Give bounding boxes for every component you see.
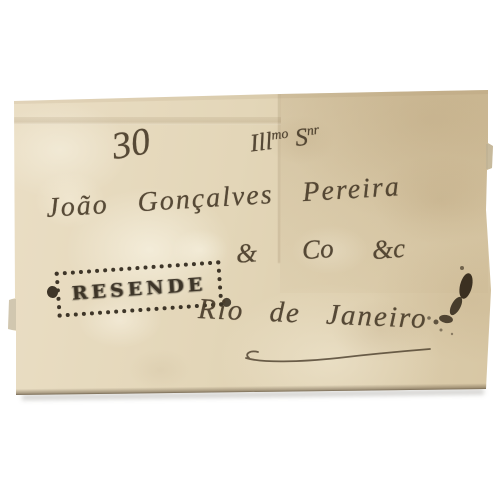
left-fold-tab	[8, 299, 16, 330]
postmark-text: RESENDE	[71, 273, 207, 304]
manuscript-etc-mark-3: &c	[371, 233, 406, 266]
manuscript-destination: Rio de Janeiro	[197, 293, 428, 336]
manuscript-etc-mark-2: Co	[301, 233, 335, 266]
right-fold-tab	[486, 144, 493, 169]
photo-of-postal-cover: 30 Illmo Snr João Gonçalves Pereira & Co…	[0, 0, 500, 500]
vertical-fold-crease	[278, 88, 280, 263]
honorific-superscript-2: nr	[306, 122, 320, 138]
honorific-superscript: mo	[271, 126, 290, 143]
manuscript-etc-mark-1: &	[235, 237, 258, 269]
folded-letter-cover: 30 Illmo Snr João Gonçalves Pereira & Co…	[0, 0, 500, 500]
manuscript-rate-marking: 30	[108, 119, 153, 169]
horizontal-fold-crease	[14, 117, 281, 125]
underline-flourish	[246, 349, 430, 361]
